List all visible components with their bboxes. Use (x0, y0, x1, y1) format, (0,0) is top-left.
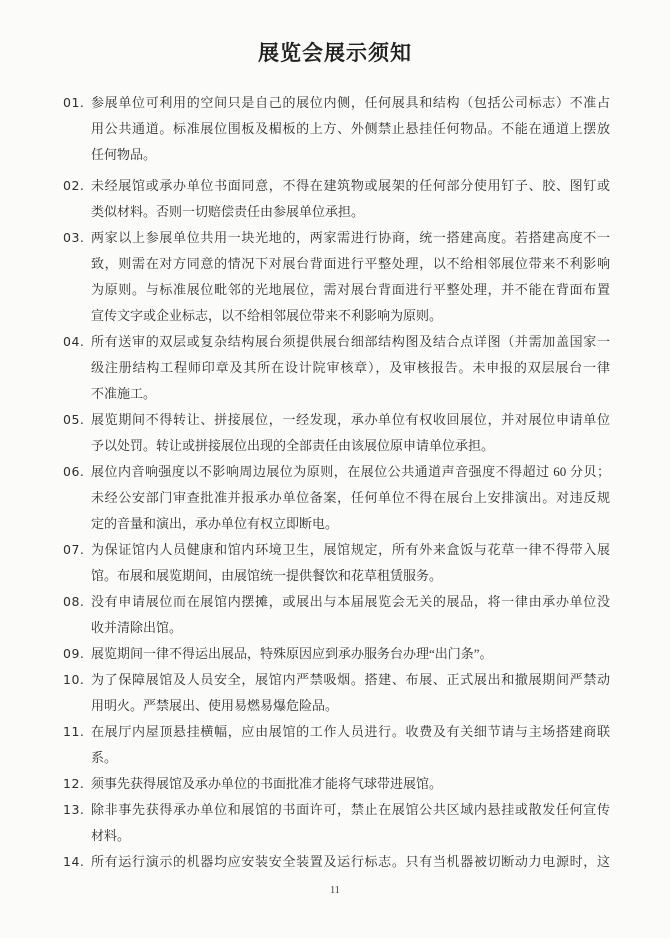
notice-item-14: 14.所有运行演示的机器均应安装安全装置及运行标志。只有当机器被切断动力电源时，… (63, 849, 610, 875)
item-line: 收并清除出馆。 (91, 615, 610, 641)
item-line: 两家以上参展单位共用一块光地的，两家需进行协商，统一搭建高度。若搭建高度不一 (91, 225, 610, 251)
item-text: 所有送审的双层或复杂结构展台须提供展台细部结构图及结合点详图（并需加盖国家一级注… (91, 329, 610, 407)
item-line: 参展单位可利用的空间只是自己的展位内侧，任何展具和结构（包括公司标志）不准占 (91, 90, 610, 116)
item-text: 除非事先获得承办单位和展馆的书面许可，禁止在展馆公共区域内悬挂或散发任何宣传材料… (91, 797, 610, 849)
notice-item-10: 10.为了保障展馆及人员安全，展馆内严禁吸烟。搭建、布展、正式展出和撤展期间严禁… (63, 667, 610, 719)
item-number: 05. (63, 407, 91, 433)
item-line: 须事先获得展馆及承办单位的书面批准才能将气球带进展馆。 (91, 771, 610, 797)
document-title: 展览会展示须知 (0, 41, 670, 66)
notice-item-01: 01.参展单位可利用的空间只是自己的展位内侧，任何展具和结构（包括公司标志）不准… (63, 90, 610, 168)
item-number: 08. (63, 589, 91, 615)
page-number: 11 (0, 884, 670, 898)
item-line: 用明火。严禁展出、使用易燃易爆危险品。 (91, 693, 610, 719)
item-line: 不准施工。 (91, 381, 610, 407)
item-number: 11. (63, 719, 91, 745)
item-line: 所有送审的双层或复杂结构展台须提供展台细部结构图及结合点详图（并需加盖国家一 (91, 329, 610, 355)
notice-item-08: 08.没有申请展位而在展馆内摆摊，或展出与本届展览会无关的展品，将一律由承办单位… (63, 589, 610, 641)
item-number: 06. (63, 459, 91, 485)
notice-item-05: 05.展览期间不得转让、拼接展位，一经发现，承办单位有权收回展位，并对展位申请单… (63, 407, 610, 459)
item-number: 02. (63, 173, 91, 199)
item-line: 没有申请展位而在展馆内摆摊，或展出与本届展览会无关的展品，将一律由承办单位没 (91, 589, 610, 615)
notice-item-09: 09.展览期间一律不得运出展品，特殊原因应到承办服务台办理“出门条”。 (63, 641, 610, 667)
item-line: 系。 (91, 745, 610, 771)
item-line: 为了保障展馆及人员安全，展馆内严禁吸烟。搭建、布展、正式展出和撤展期间严禁动 (91, 667, 610, 693)
item-number: 10. (63, 667, 91, 693)
item-text: 未经展馆或承办单位书面同意，不得在建筑物或展架的任何部分使用钉子、胶、图钉或类似… (91, 173, 610, 225)
notice-item-12: 12.须事先获得展馆及承办单位的书面批准才能将气球带进展馆。 (63, 771, 610, 797)
item-number: 14. (63, 849, 91, 875)
notice-list: 01.参展单位可利用的空间只是自己的展位内侧，任何展具和结构（包括公司标志）不准… (63, 90, 610, 875)
item-number: 03. (63, 225, 91, 251)
item-line: 展位内音响强度以不影响周边展位为原则，在展位公共通道声音强度不得超过 60 分贝… (91, 459, 610, 485)
item-line: 展览期间一律不得运出展品，特殊原因应到承办服务台办理“出门条”。 (91, 641, 610, 667)
item-number: 01. (63, 90, 91, 116)
item-text: 没有申请展位而在展馆内摆摊，或展出与本届展览会无关的展品，将一律由承办单位没收并… (91, 589, 610, 641)
item-number: 13. (63, 797, 91, 823)
item-line: 级注册结构工程师印章及其所在设计院审核章），及审核报告。未申报的双层展台一律 (91, 355, 610, 381)
item-number: 09. (63, 641, 91, 667)
item-text: 展览期间一律不得运出展品，特殊原因应到承办服务台办理“出门条”。 (91, 641, 610, 667)
notice-item-02: 02.未经展馆或承办单位书面同意，不得在建筑物或展架的任何部分使用钉子、胶、图钉… (63, 173, 610, 225)
item-line: 定的音量和演出，承办单位有权立即断电。 (91, 511, 610, 537)
item-line: 材料。 (91, 823, 610, 849)
document-page: 展览会展示须知 01.参展单位可利用的空间只是自己的展位内侧，任何展具和结构（包… (0, 0, 670, 938)
item-text: 为保证馆内人员健康和馆内环境卫生，展馆规定，所有外来盒饭与花草一律不得带入展馆。… (91, 537, 610, 589)
item-text: 在展厅内屋顶悬挂横幅，应由展馆的工作人员进行。收费及有关细节请与主场搭建商联系。 (91, 719, 610, 771)
item-text: 展位内音响强度以不影响周边展位为原则，在展位公共通道声音强度不得超过 60 分贝… (91, 459, 610, 537)
item-number: 04. (63, 329, 91, 355)
item-text: 两家以上参展单位共用一块光地的，两家需进行协商，统一搭建高度。若搭建高度不一致，… (91, 225, 610, 329)
notice-item-04: 04.所有送审的双层或复杂结构展台须提供展台细部结构图及结合点详图（并需加盖国家… (63, 329, 610, 407)
item-text: 展览期间不得转让、拼接展位，一经发现，承办单位有权收回展位，并对展位申请单位予以… (91, 407, 610, 459)
item-line: 除非事先获得承办单位和展馆的书面许可，禁止在展馆公共区域内悬挂或散发任何宣传 (91, 797, 610, 823)
item-line: 未经公安部门审查批准并报承办单位备案，任何单位不得在展台上安排演出。对违反规 (91, 485, 610, 511)
notice-item-11: 11.在展厅内屋顶悬挂横幅，应由展馆的工作人员进行。收费及有关细节请与主场搭建商… (63, 719, 610, 771)
notice-item-03: 03.两家以上参展单位共用一块光地的，两家需进行协商，统一搭建高度。若搭建高度不… (63, 225, 610, 329)
item-text: 参展单位可利用的空间只是自己的展位内侧，任何展具和结构（包括公司标志）不准占用公… (91, 90, 610, 168)
item-line: 在展厅内屋顶悬挂横幅，应由展馆的工作人员进行。收费及有关细节请与主场搭建商联 (91, 719, 610, 745)
item-line: 为原则。与标准展位毗邻的光地展位，需对展台背面进行平整处理，并不能在背面布置 (91, 277, 610, 303)
notice-item-13: 13.除非事先获得承办单位和展馆的书面许可，禁止在展馆公共区域内悬挂或散发任何宣… (63, 797, 610, 849)
item-line: 类似材料。否则一切赔偿责任由参展单位承担。 (91, 199, 610, 225)
item-number: 07. (63, 537, 91, 563)
notice-item-07: 07.为保证馆内人员健康和馆内环境卫生，展馆规定，所有外来盒饭与花草一律不得带入… (63, 537, 610, 589)
item-text: 须事先获得展馆及承办单位的书面批准才能将气球带进展馆。 (91, 771, 610, 797)
item-text: 所有运行演示的机器均应安装安全装置及运行标志。只有当机器被切断动力电源时，这 (91, 849, 610, 875)
item-number: 12. (63, 771, 91, 797)
item-line: 致，则需在对方同意的情况下对展台背面进行平整处理，以不给相邻展位带来不利影响 (91, 251, 610, 277)
item-line: 任何物品。 (91, 142, 610, 168)
item-line: 予以处罚。转让或拼接展位出现的全部责任由该展位原申请单位承担。 (91, 433, 610, 459)
notice-item-06: 06.展位内音响强度以不影响周边展位为原则，在展位公共通道声音强度不得超过 60… (63, 459, 610, 537)
item-line: 所有运行演示的机器均应安装安全装置及运行标志。只有当机器被切断动力电源时，这 (91, 849, 610, 875)
item-line: 馆。布展和展览期间，由展馆统一提供餐饮和花草租赁服务。 (91, 563, 610, 589)
item-line: 为保证馆内人员健康和馆内环境卫生，展馆规定，所有外来盒饭与花草一律不得带入展 (91, 537, 610, 563)
item-line: 宣传文字或企业标志，以不给相邻展位带来不利影响为原则。 (91, 303, 610, 329)
item-text: 为了保障展馆及人员安全，展馆内严禁吸烟。搭建、布展、正式展出和撤展期间严禁动用明… (91, 667, 610, 719)
item-line: 展览期间不得转让、拼接展位，一经发现，承办单位有权收回展位，并对展位申请单位 (91, 407, 610, 433)
item-line: 未经展馆或承办单位书面同意，不得在建筑物或展架的任何部分使用钉子、胶、图钉或 (91, 173, 610, 199)
item-line: 用公共通道。标准展位围板及楣板的上方、外侧禁止悬挂任何物品。不能在通道上摆放 (91, 116, 610, 142)
